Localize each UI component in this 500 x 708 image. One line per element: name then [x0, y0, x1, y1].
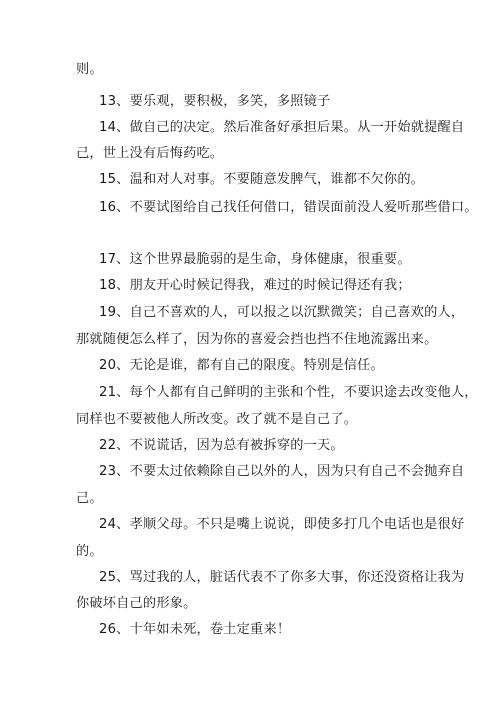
- text-line: 则。: [76, 61, 103, 79]
- list-item-18: 18、朋友开心时候记得我，难过的时候记得还有我；: [99, 277, 411, 295]
- list-item-24-cont: 的。: [76, 543, 103, 561]
- document-page: 则。 13、要乐观，要积极，多笑，多照镜子 14、做自己的决定。然后准备好承担后…: [0, 0, 500, 708]
- list-item-22: 22、不说谎话，因为总有被拆穿的一天。: [99, 437, 344, 455]
- list-item-21-cont: 同样也不要被他人所改变。改了就不是自己了。: [76, 411, 357, 429]
- list-item-20: 20、无论是谁，都有自己的限度。特别是信任。: [99, 357, 384, 375]
- list-item-26: 26、十年如未死，卷土定重来！: [99, 621, 290, 639]
- list-item-23: 23、不要太过依赖除自己以外的人，因为只有自己不会抛弃自: [99, 463, 464, 481]
- list-item-17: 17、这个世界最脆弱的是生命，身体健康，很重要。: [99, 251, 411, 269]
- list-item-13: 13、要乐观，要积极，多笑，多照镜子: [99, 93, 330, 111]
- list-item-14-cont: 己，世上没有后悔药吃。: [76, 145, 223, 163]
- list-item-25-cont: 你破坏自己的形象。: [76, 595, 197, 613]
- list-item-16: 16、不要试图给自己找任何借口，错误面前没人爱听那些借口。: [99, 199, 478, 217]
- list-item-15: 15、温和对人对事。不要随意发脾气，谁都不欠你的。: [99, 171, 424, 189]
- list-item-25: 25、骂过我的人，脏话代表不了你多大事，你还没资格让我为: [99, 569, 464, 587]
- list-item-24: 24、孝顺父母。不只是嘴上说说，即使多打几个电话也是很好: [99, 516, 464, 534]
- list-item-21: 21、每个人都有自己鲜明的主张和个性，不要识途去改变他人，: [99, 384, 478, 402]
- list-item-14: 14、做自己的决定。然后准备好承担后果。从一开始就提醒自: [99, 119, 464, 137]
- list-item-19: 19、自己不喜欢的人，可以报之以沉默微笑；自己喜欢的人，: [99, 304, 464, 322]
- list-item-23-cont: 己。: [76, 490, 103, 508]
- list-item-19-cont: 那就随便怎么样了，因为你的喜爱会挡也挡不住地流露出来。: [76, 331, 437, 349]
